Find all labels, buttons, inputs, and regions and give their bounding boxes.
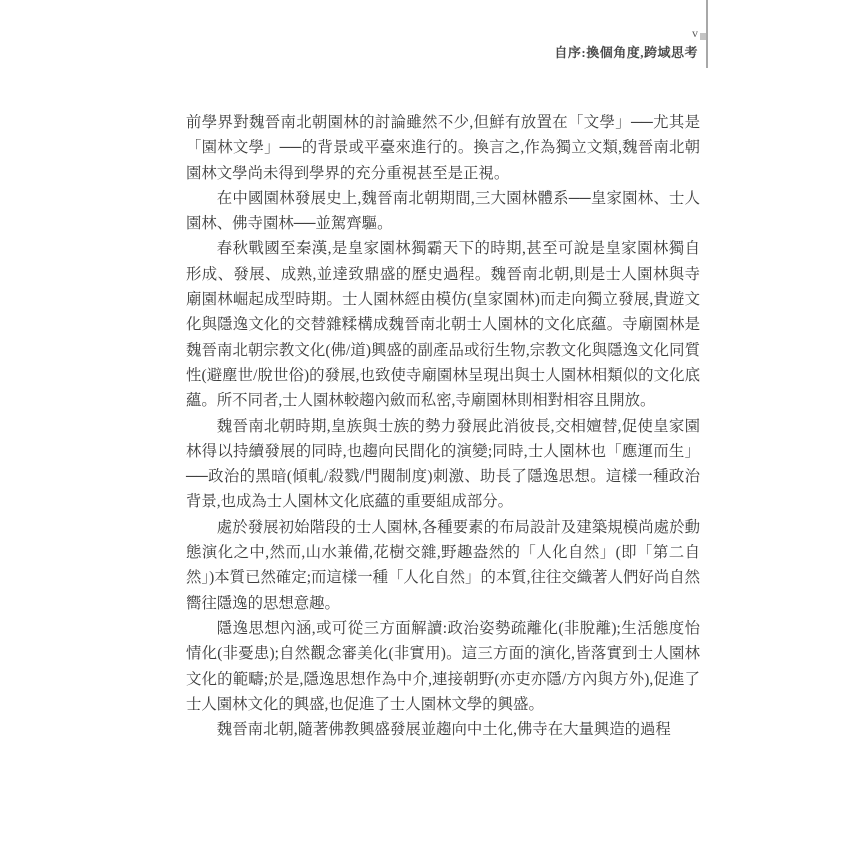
paragraph: 處於發展初始階段的士人園林,各種要素的布局設計及建築規模尚處於動態演化之中,然而… [186, 515, 700, 616]
paragraph: 魏晉南北朝,隨著佛教興盛發展並趨向中土化,佛寺在大量興造的過程 [186, 717, 700, 742]
paragraph: 在中國園林發展史上,魏晉南北朝期間,三大園林體系──皇家園林、士人園林、佛寺園林… [186, 186, 700, 237]
page-number: v [692, 26, 698, 40]
body-text-block: 前學界對魏晉南北朝園林的討論雖然不少,但鮮有放置在「文學」──尤其是「園林文學」… [186, 110, 700, 742]
running-header-title: 自序:換個角度,跨域思考 [554, 44, 698, 62]
paragraph: 春秋戰國至秦漢,是皇家園林獨霸天下的時期,甚至可說是皇家園林獨自形成、發展、成熟… [186, 236, 700, 413]
book-page: v 自序:換個角度,跨域思考 前學界對魏晉南北朝園林的討論雖然不少,但鮮有放置在… [0, 0, 850, 850]
header-rule-mark [700, 33, 706, 40]
paragraph: 魏晉南北朝時期,皇族與士族的勢力發展此消彼長,交相嬗替,促使皇家園林得以持續發展… [186, 414, 700, 515]
paragraph: 隱逸思想內涵,或可從三方面解讀:政治姿勢疏離化(非脫離);生活態度怡情化(非憂患… [186, 616, 700, 717]
header-divider-rule [706, 0, 708, 68]
paragraph: 前學界對魏晉南北朝園林的討論雖然不少,但鮮有放置在「文學」──尤其是「園林文學」… [186, 110, 700, 186]
